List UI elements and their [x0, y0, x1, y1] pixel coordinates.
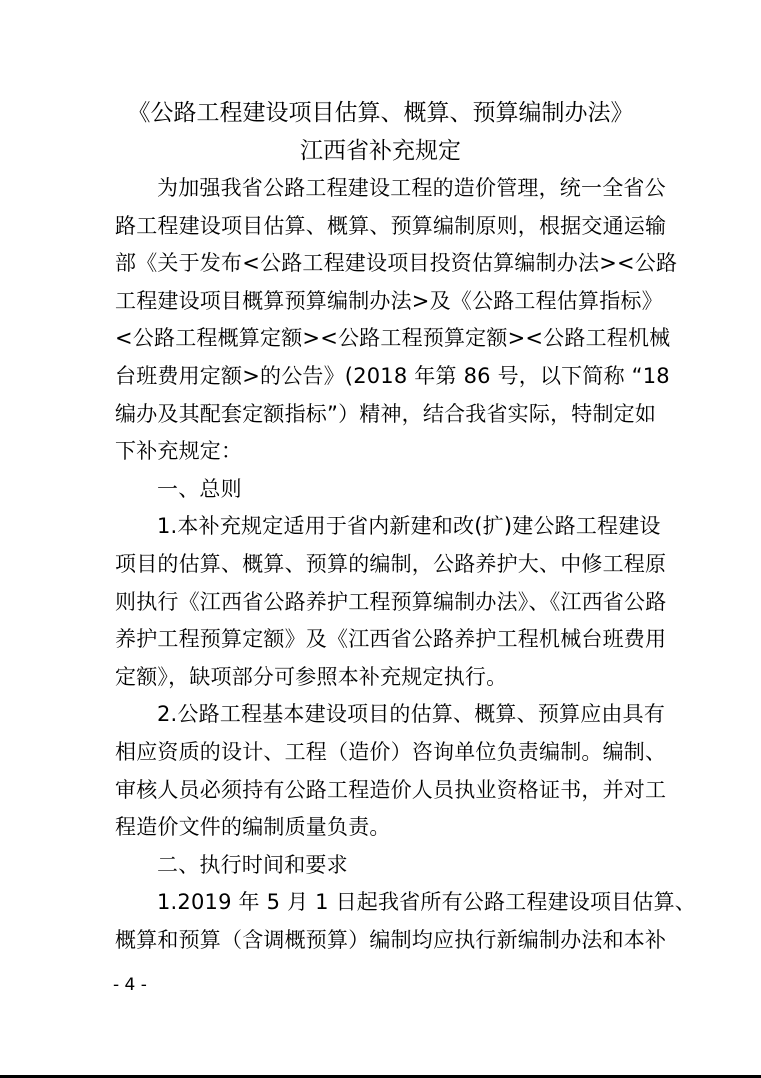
body-text-line: 工程建设项目概算预算编制办法>及《公路工程估算指标》 [115, 283, 647, 321]
document-title: 《公路工程建设项目估算、概算、预算编制办法》 [0, 94, 761, 132]
body-text-line: 程造价文件的编制质量负责。 [115, 809, 647, 847]
body-text-line: <公路工程概算定额><公路工程预算定额><公路工程机械 [115, 320, 647, 358]
body-text-line: 1.本补充规定适用于省内新建和改(扩)建公路工程建设 [115, 508, 647, 546]
body-text-line: 下补充规定： [115, 433, 647, 471]
body-text-line: 项目的估算、概算、预算的编制，公路养护大、中修工程原 [115, 546, 647, 584]
document-subtitle: 江西省补充规定 [0, 132, 761, 170]
body-text-line: 编办及其配套定额指标”）精神，结合我省实际，特制定如 [115, 396, 647, 434]
body-text-line: 路工程建设项目估算、概算、预算编制原则，根据交通运输 [115, 208, 647, 246]
body-text-line: 概算和预算（含调概预算）编制均应执行新编制办法和本补 [115, 922, 647, 960]
body-text-line: 一、总则 [115, 471, 647, 509]
body-text-line: 1.2019 年 5 月 1 日起我省所有公路工程建设项目估算、 [115, 884, 647, 922]
body-text-line: 养护工程预算定额》及《江西省公路养护工程机械台班费用 [115, 621, 647, 659]
body-text-line: 则执行《江西省公路养护工程预算编制办法》、《江西省公路 [115, 584, 647, 622]
body-text-line: 二、执行时间和要求 [115, 847, 647, 885]
page-number: - 4 - [113, 973, 147, 997]
body-text-line: 相应资质的设计、工程（造价）咨询单位负责编制。编制、 [115, 734, 647, 772]
body-text-line: 部《关于发布<公路工程建设项目投资估算编制办法><公路 [115, 245, 647, 283]
body-text-line: 定额》，缺项部分可参照本补充规定执行。 [115, 659, 647, 697]
body-text-line: 为加强我省公路工程建设工程的造价管理，统一全省公 [115, 170, 647, 208]
document-page: 《公路工程建设项目估算、概算、预算编制办法》 江西省补充规定 为加强我省公路工程… [0, 0, 761, 1078]
body-text-line: 2.公路工程基本建设项目的估算、概算、预算应由具有 [115, 696, 647, 734]
body-text-line: 台班费用定额>的公告》(2018 年第 86 号，以下简称 “18 [115, 358, 647, 396]
body-text-line: 审核人员必须持有公路工程造价人员执业资格证书，并对工 [115, 772, 647, 810]
